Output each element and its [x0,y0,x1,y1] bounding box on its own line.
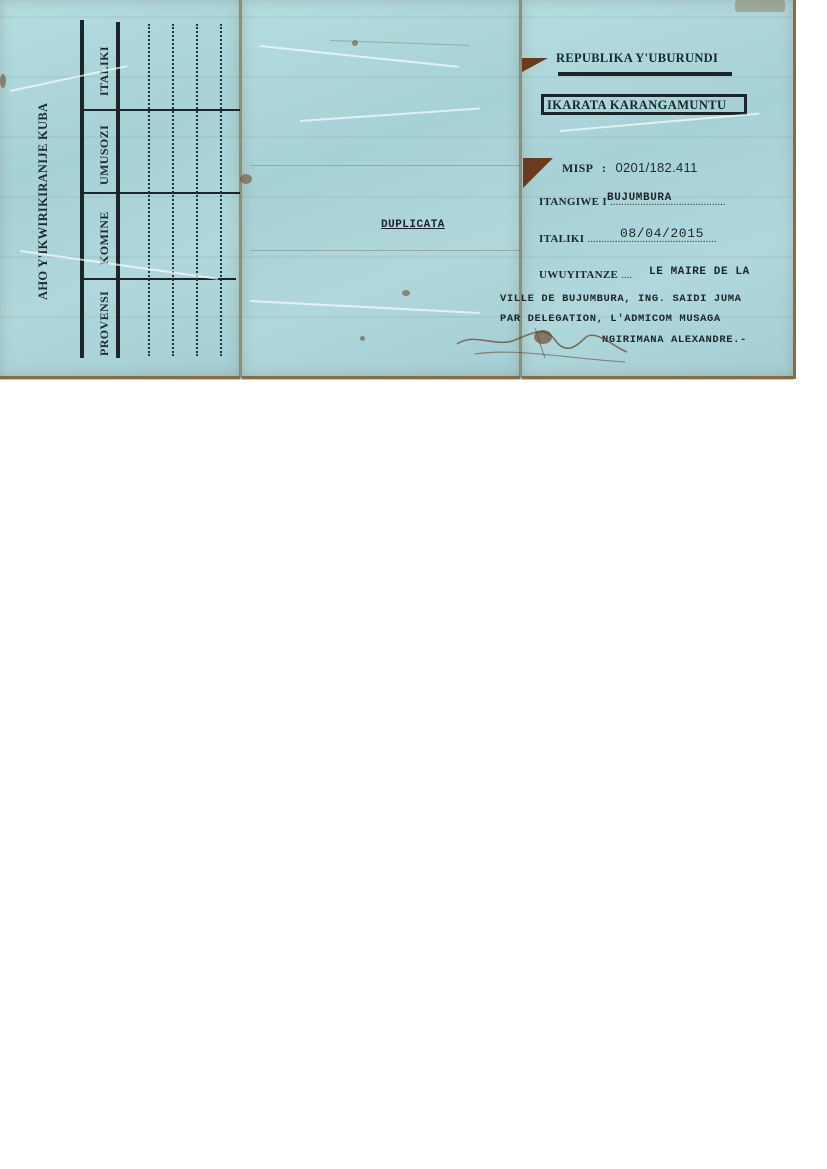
stain [360,336,365,341]
entry-line-1 [148,24,150,356]
misp-label: MISP [562,161,593,175]
entry-line-3 [196,24,198,356]
issued-at-label: ITANGIWE I [539,196,607,208]
identity-card: AHO Y'IKWIRIKIRANIJE KUBA ITALIKI UMUSOZ… [0,0,793,380]
stain [0,74,6,88]
issuer-dots: .... [621,269,632,281]
date-label: ITALIKI [539,233,584,245]
stain [735,0,785,12]
crease [250,250,520,251]
crease [250,165,520,166]
duplicata-stamp: DUPLICATA [381,219,445,231]
corner-stain [523,158,553,188]
column-header-provensi: PROVENSI [97,291,112,356]
issuer-line-1: LE MAIRE DE LA [649,266,750,278]
issued-at-value: BUJUMBURA [607,192,672,204]
issuer-line-2: VILLE DE BUJUMBURA, ING. SAIDI JUMA [500,293,742,305]
column-header-komine: KOMINE [97,211,112,265]
stain [352,40,358,46]
issuer-label: UWUYITANZE [539,269,618,281]
column-divider-umusozi [82,192,240,194]
entry-line-2 [172,24,174,356]
stain [240,174,252,184]
corner-stain [522,58,548,72]
column-header-umusozi: UMUSOZI [97,125,112,185]
date-value: 08/04/2015 [620,226,704,241]
residence-history-title: AHO Y'IKWIRIKIRANIJE KUBA [36,40,51,300]
misp-label-row: MISP : 0201/182.411 [562,160,698,176]
stain [402,290,410,296]
card-title-box: IKARATA KARANGAMUNTU [541,94,747,115]
table-border-left [80,20,84,358]
column-divider-italiki [82,109,240,111]
stain [534,330,552,344]
header-rule [558,72,732,76]
misp-value: 0201/182.411 [615,160,697,175]
entry-line-4 [220,24,222,356]
republic-header: REPUBLIKA Y'UBURUNDI [556,51,718,66]
table-header-divider [116,22,120,358]
issuer-row: UWUYITANZE .... [539,269,632,281]
misp-separator: : [602,161,606,175]
